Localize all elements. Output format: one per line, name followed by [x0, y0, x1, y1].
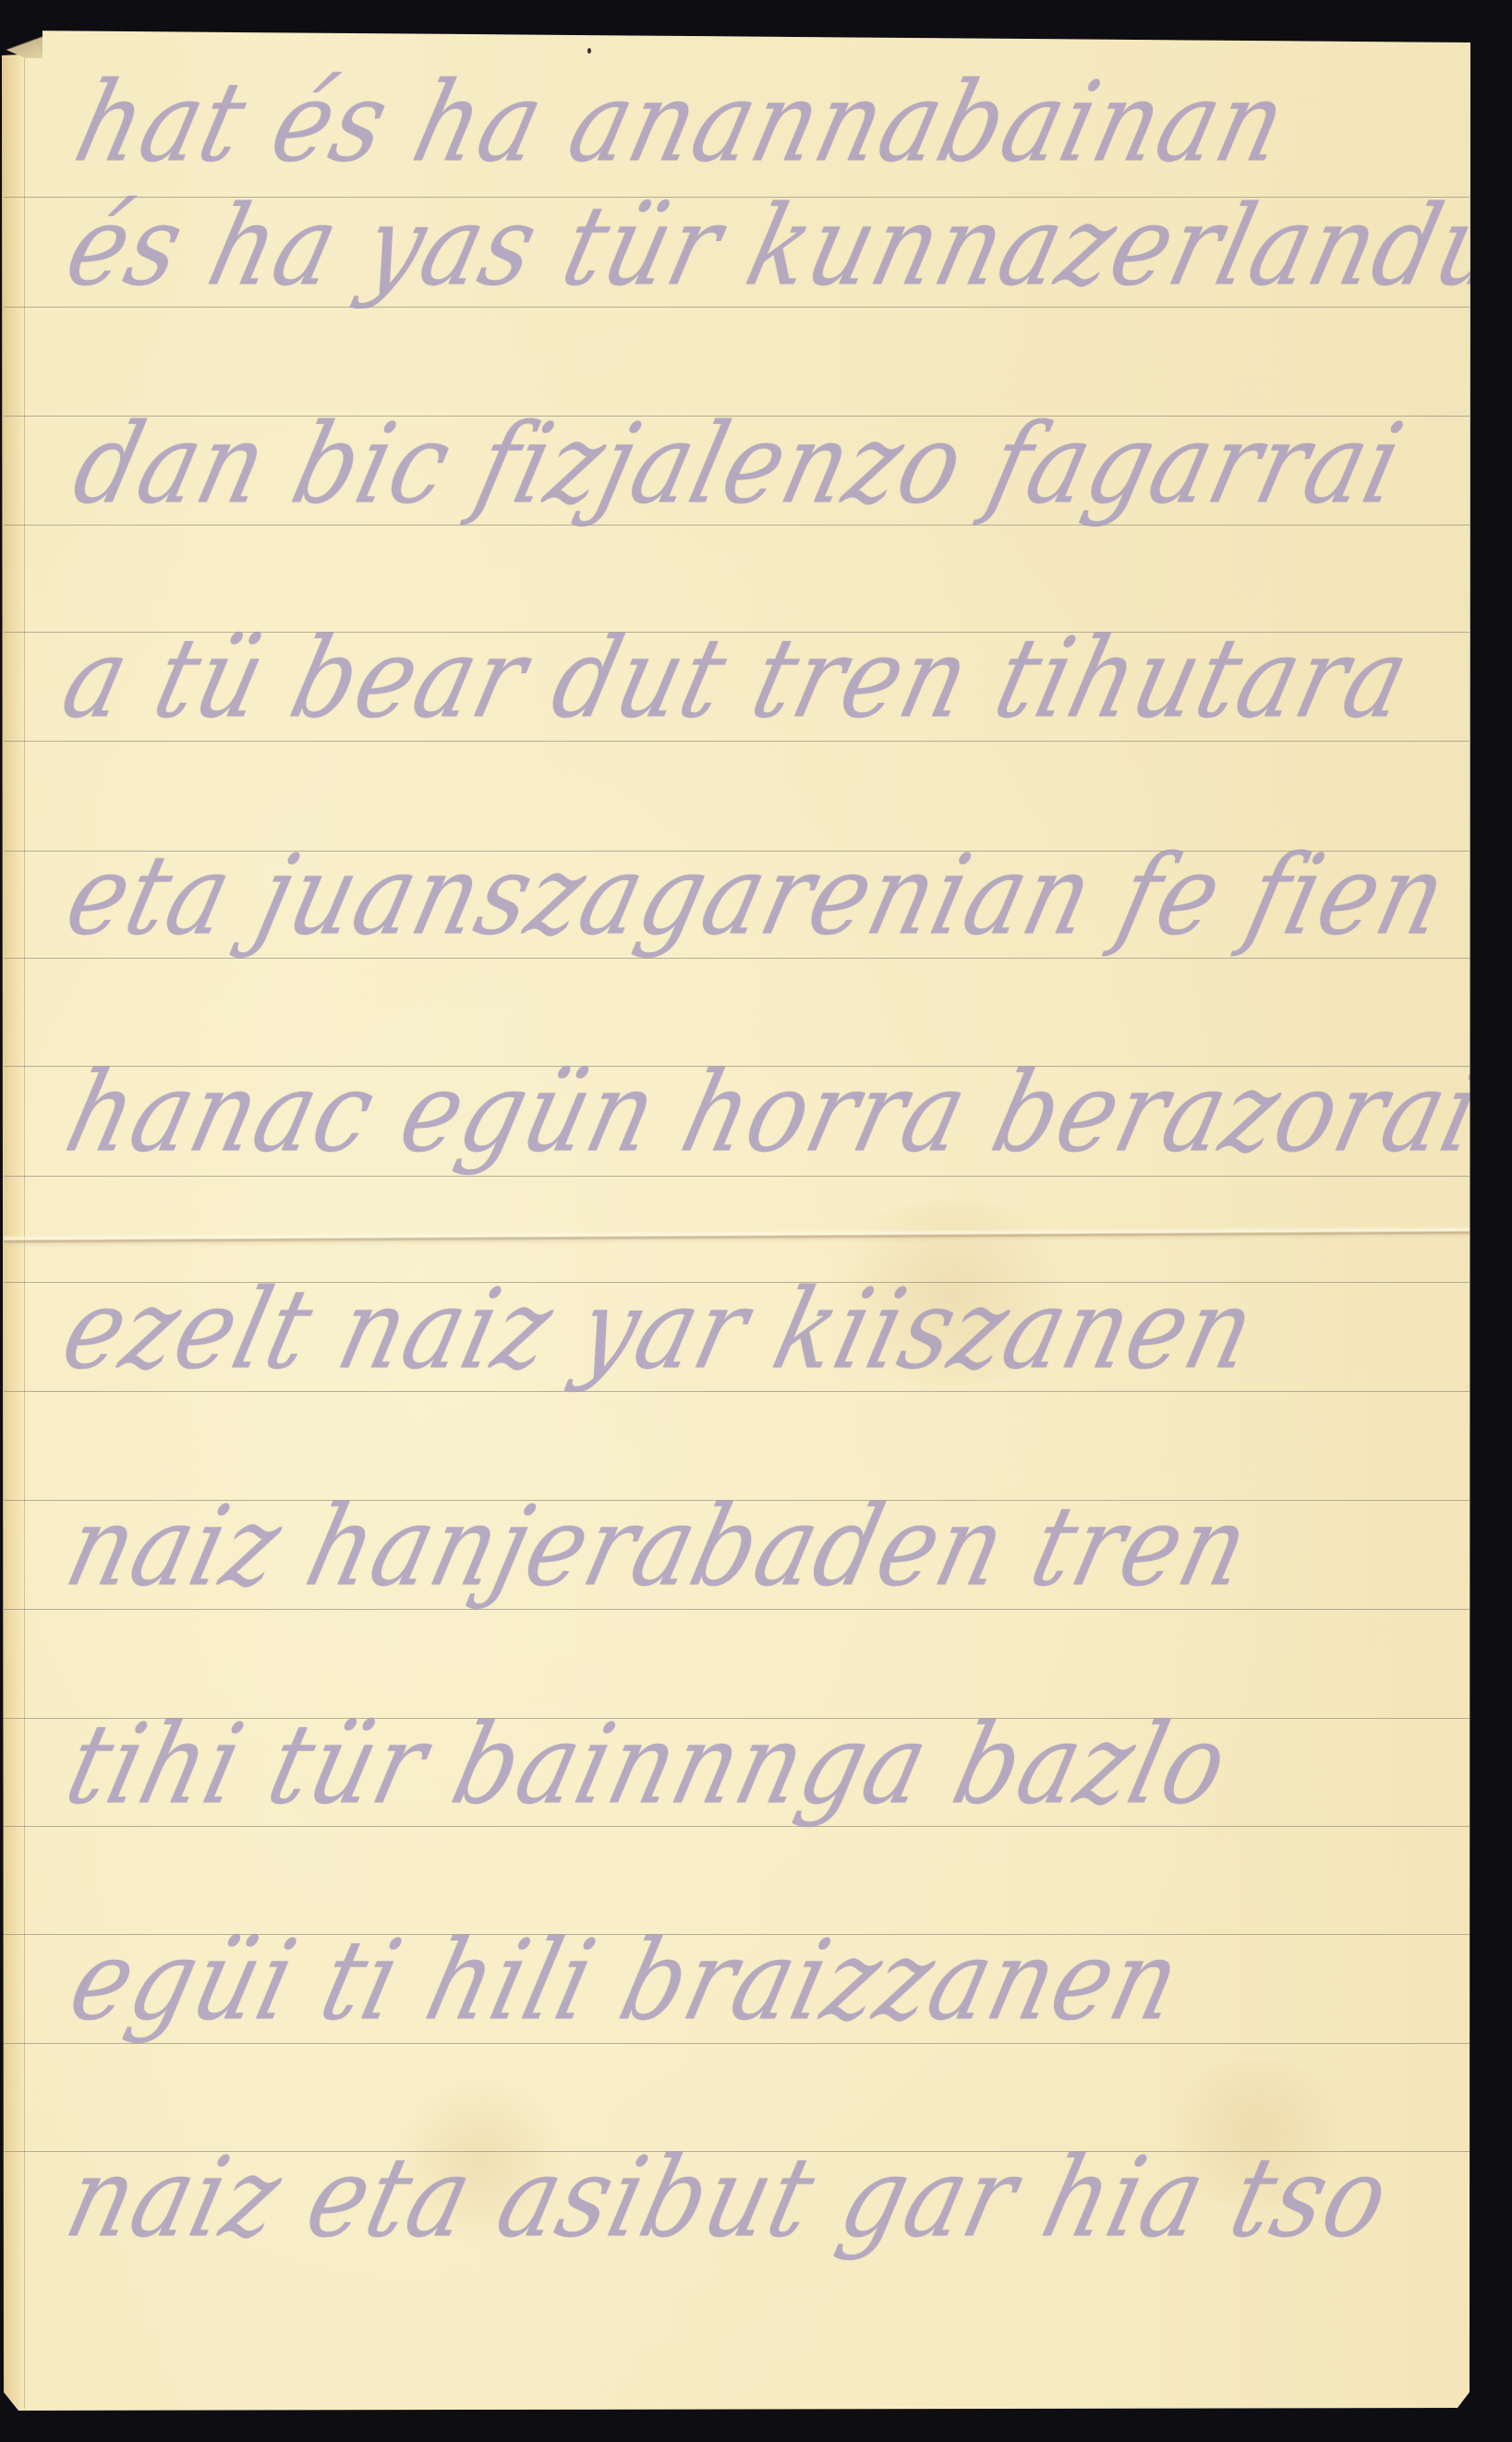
ink-speck	[587, 48, 591, 54]
page-gutter-edge	[0, 54, 25, 2409]
handwritten-line: és ha yas tür kunnazerlandu	[57, 190, 1512, 301]
handwritten-line: tihi tür bainnnga bazlo	[57, 1709, 1239, 1819]
fold-crease	[4, 1226, 1470, 1248]
handwritten-line: dan bic fizjalenzo fagarrai	[65, 408, 1413, 519]
handwritten-line: eta juanszagarenian fe fien	[57, 840, 1458, 950]
handwritten-line: hanac egün horra berazorai	[57, 1057, 1492, 1167]
handwritten-line: naiz eta asibut gar hia tso	[57, 2142, 1400, 2253]
handwritten-line: ezelt naiz yar kiiszanen	[54, 1274, 1266, 1384]
handwritten-line: hat és ha anannabainan	[67, 66, 1297, 177]
handwritten-line: egüi ti hili braizzanen	[61, 1925, 1191, 2036]
handwritten-line: a tü bear dut tren tihutara	[54, 623, 1421, 733]
handwritten-line: naiz hanjerabaden tren	[57, 1491, 1260, 1602]
notebook-page: hat és ha anannabainan és ha yas tür kun…	[0, 0, 1512, 2442]
